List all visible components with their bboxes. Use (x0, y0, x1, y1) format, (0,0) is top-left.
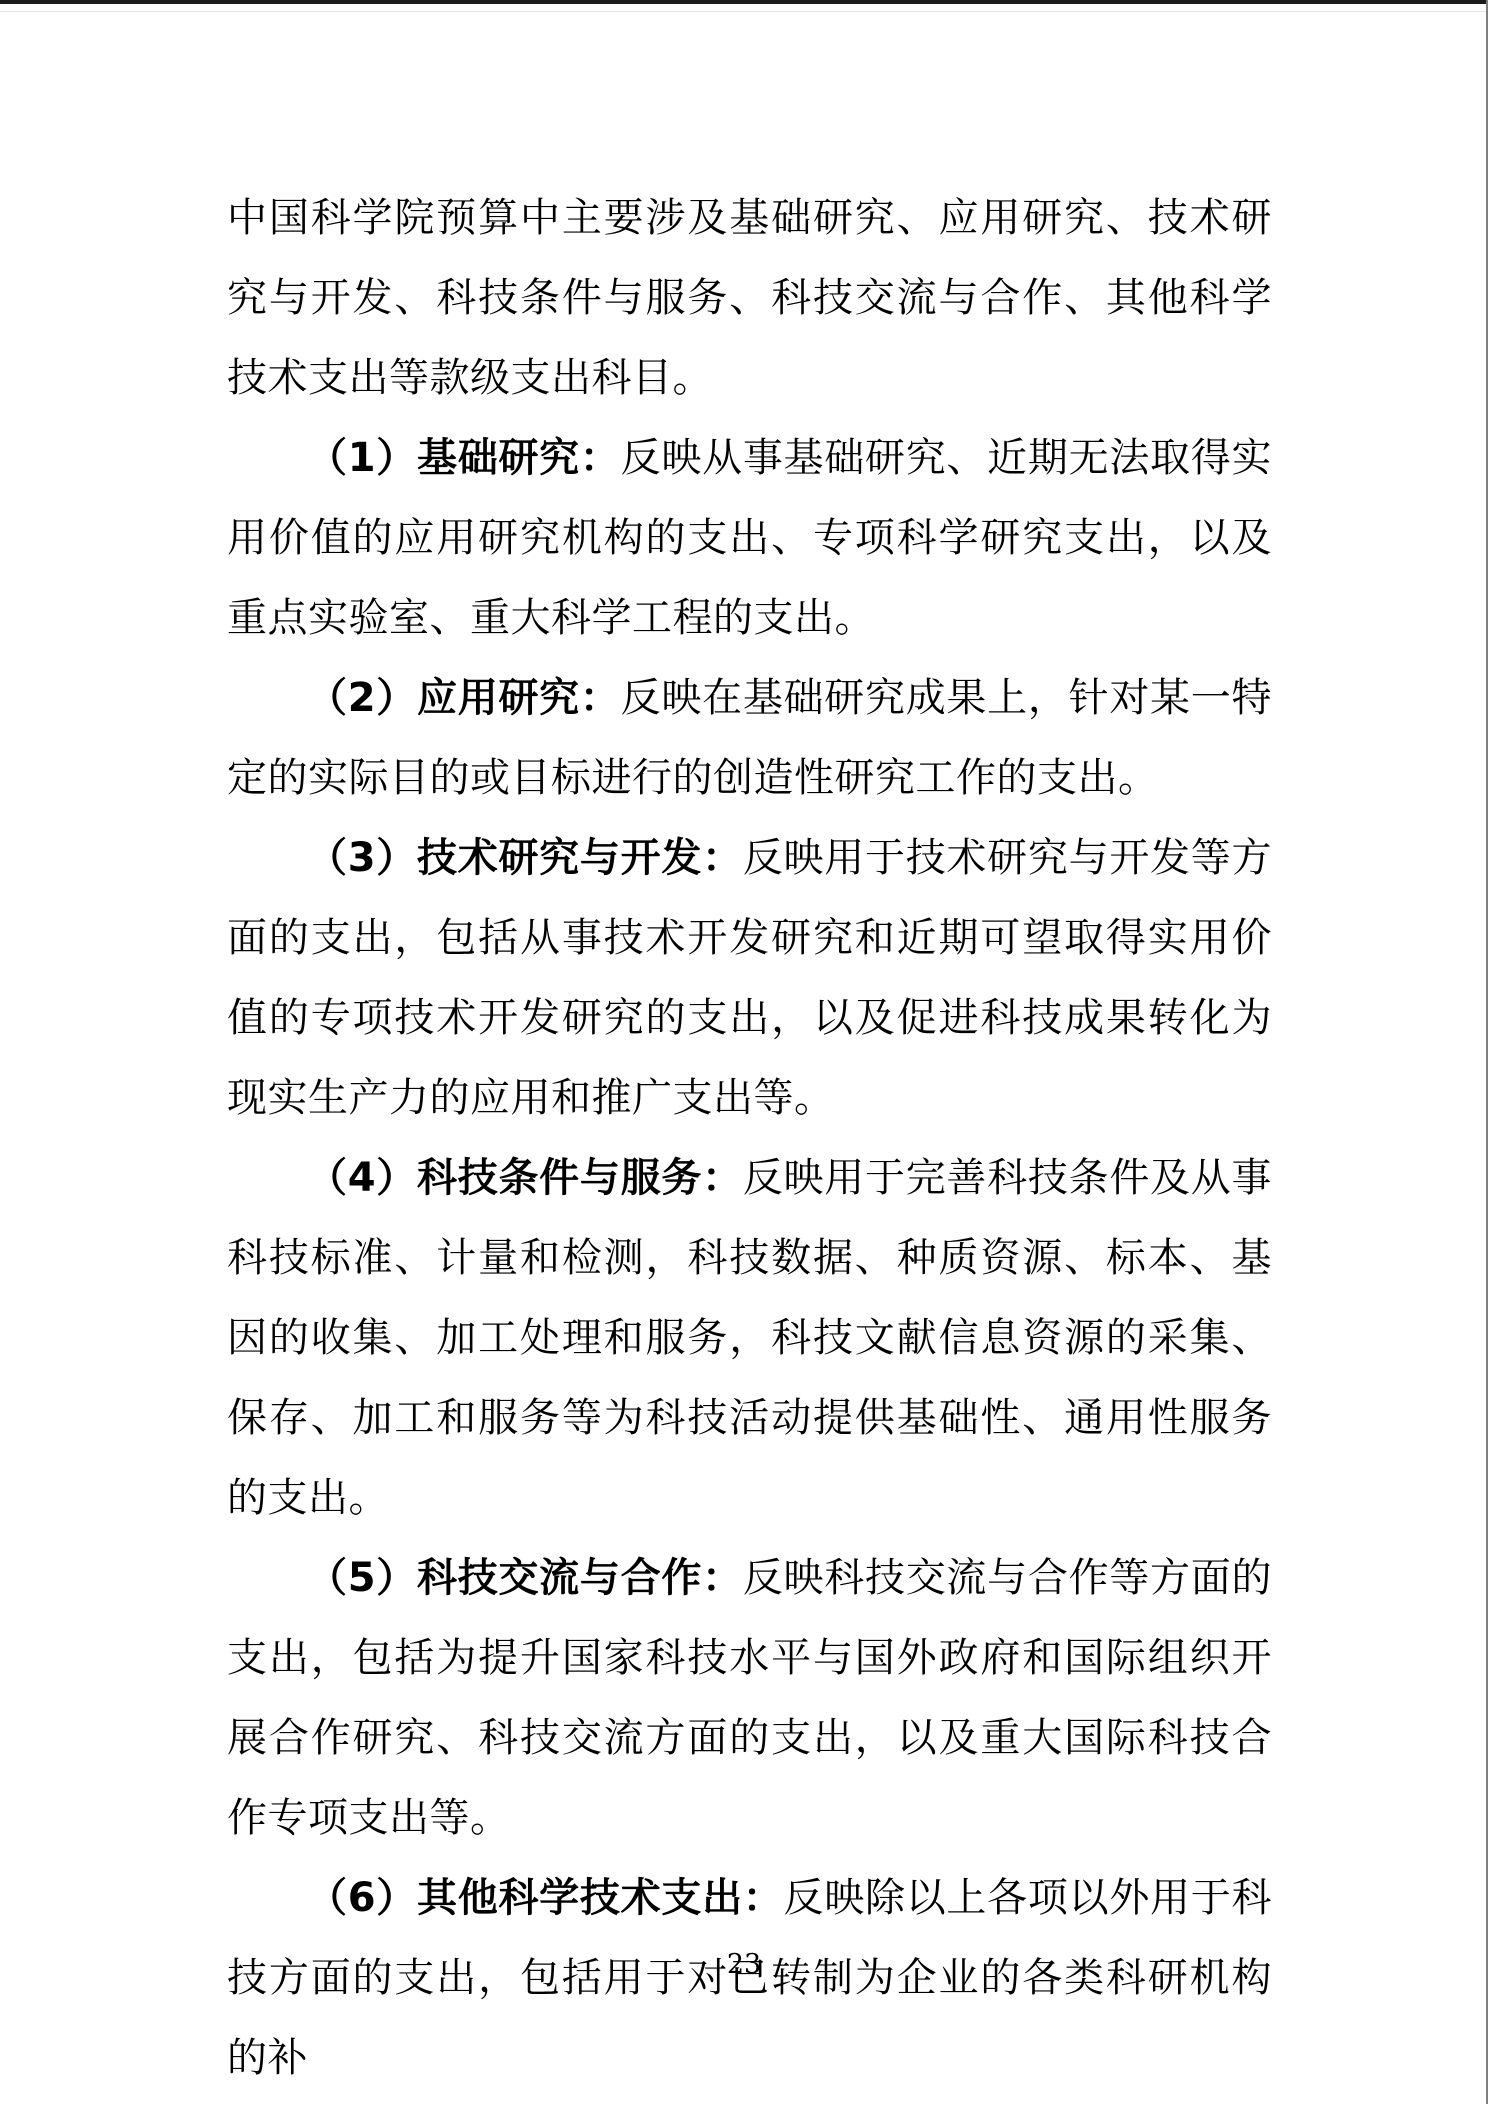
page-number: 23 (0, 1948, 1488, 1982)
page-top-hairline (0, 11, 1488, 12)
paragraph-heading: （2）应用研究： (307, 675, 621, 721)
paragraph-heading: （6）其他科学技术支出： (307, 1875, 784, 1921)
paragraph-heading: （3）技术研究与开发： (307, 835, 743, 881)
paragraph-heading: （1）基础研究： (307, 435, 621, 481)
paragraph-heading: （4）科技条件与服务： (307, 1155, 743, 1201)
paragraph: （4）科技条件与服务：反映用于完善科技条件及从事科技标准、计量和检测，科技数据、… (227, 1138, 1272, 1538)
paragraph: （3）技术研究与开发：反映用于技术研究与开发等方面的支出，包括从事技术开发研究和… (227, 818, 1272, 1138)
paragraph: （2）应用研究：反映在基础研究成果上，针对某一特定的实际目的或目标进行的创造性研… (227, 658, 1272, 818)
window-top-edge (0, 0, 1488, 4)
page-body-text: 中国科学院预算中主要涉及基础研究、应用研究、技术研究与开发、科技条件与服务、科技… (227, 178, 1272, 2098)
paragraph-heading: （5）科技交流与合作： (307, 1555, 743, 1601)
paragraph: 中国科学院预算中主要涉及基础研究、应用研究、技术研究与开发、科技条件与服务、科技… (227, 178, 1272, 418)
paragraph: （1）基础研究：反映从事基础研究、近期无法取得实用价值的应用研究机构的支出、专项… (227, 418, 1272, 658)
document-viewer: { "page": { "number": "23", "paragraphs"… (0, 0, 1488, 2104)
paragraph: （5）科技交流与合作：反映科技交流与合作等方面的支出，包括为提升国家科技水平与国… (227, 1538, 1272, 1858)
